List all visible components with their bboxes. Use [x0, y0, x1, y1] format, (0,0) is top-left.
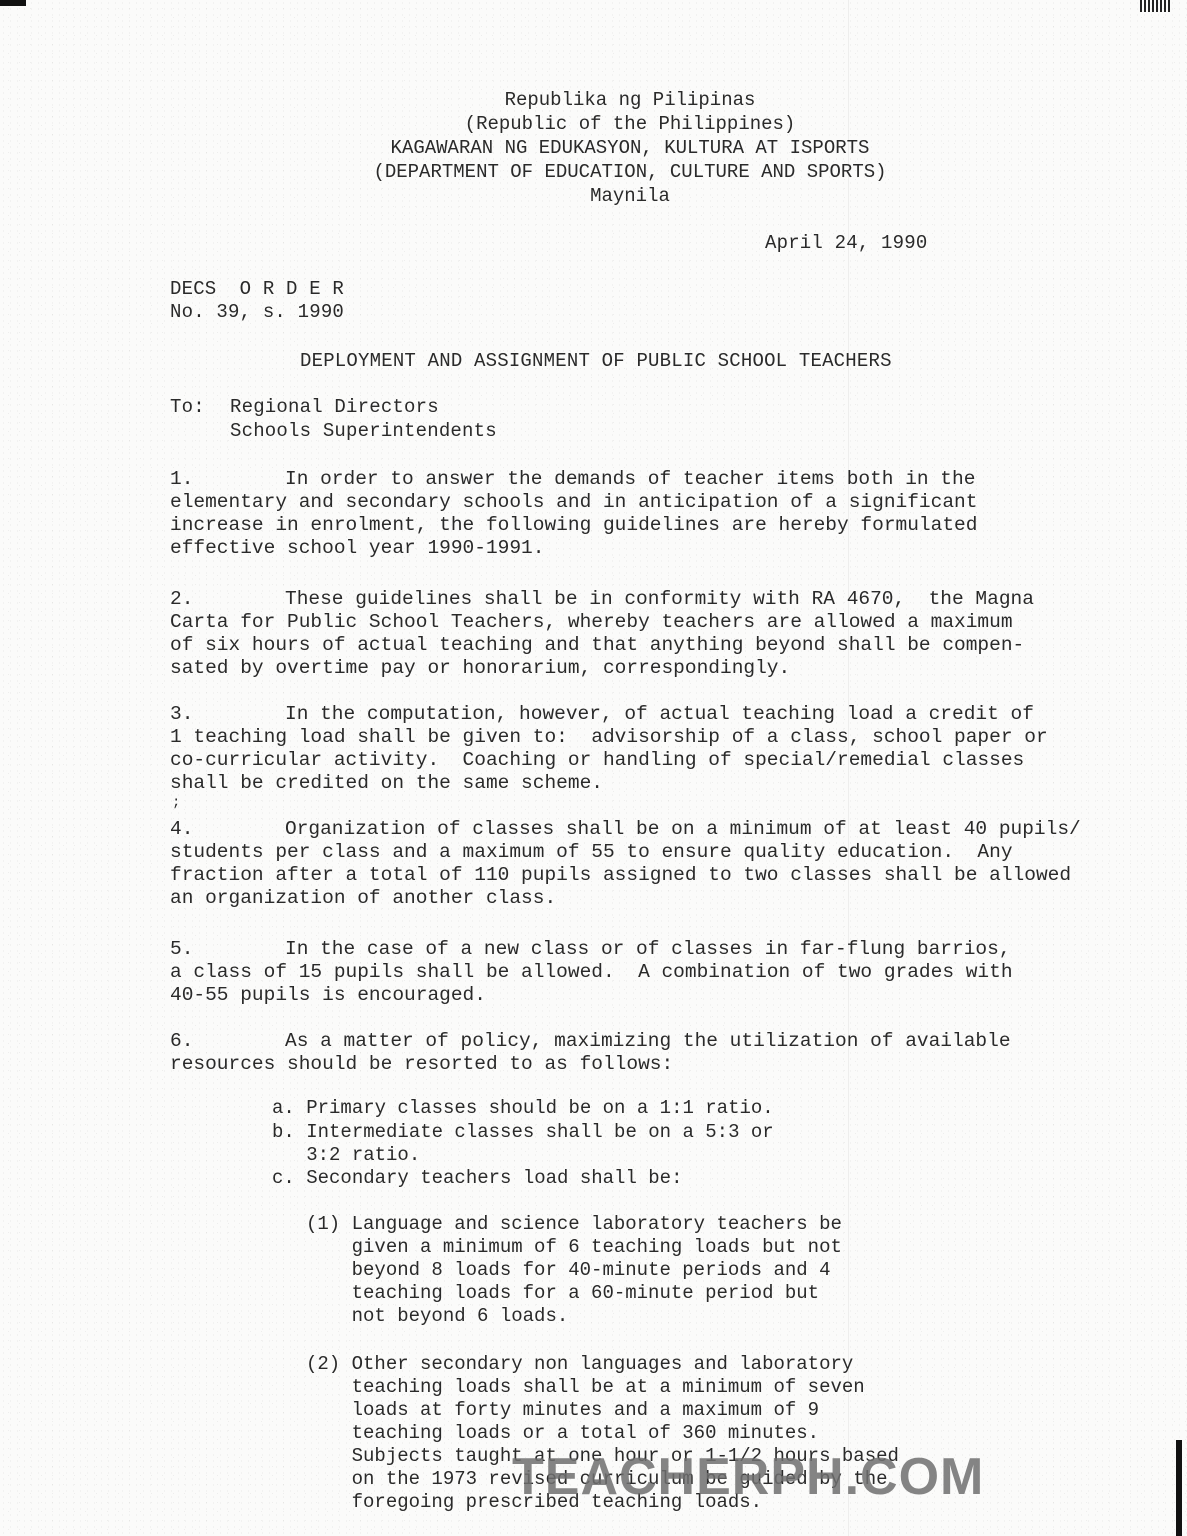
secondary-load-item: (1) Language and science laboratory teac… — [306, 1213, 842, 1328]
ratio-line: c. Secondary teachers load shall be: — [272, 1167, 682, 1190]
paragraph-text: In the computation, however, of actual t… — [285, 703, 1034, 725]
paragraph-1: 1.In order to answer the demands of teac… — [170, 468, 977, 560]
paragraph-number: 1. — [170, 468, 285, 491]
paragraph-text: These guidelines shall be in conformity … — [285, 588, 1034, 610]
paragraph-line: an organization of another class. — [170, 887, 1081, 910]
ratio-item: c. Secondary teachers load shall be: — [272, 1167, 682, 1190]
paragraph-number: 4. — [170, 818, 285, 841]
paragraph-line: sated by overtime pay or honorarium, cor… — [170, 657, 1034, 680]
paragraph-6: 6.As a matter of policy, maximizing the … — [170, 1030, 1011, 1076]
paragraph-line: of six hours of actual teaching and that… — [170, 634, 1034, 657]
paragraph-line: 2.These guidelines shall be in conformit… — [170, 588, 1034, 611]
paragraph-line: elementary and secondary schools and in … — [170, 491, 977, 514]
paragraph-line: students per class and a maximum of 55 t… — [170, 841, 1081, 864]
secondary-load-line: teaching loads for a 60-minute period bu… — [306, 1282, 842, 1305]
watermark: TEACHERPH.COM — [512, 1447, 984, 1507]
paragraph-text: In order to answer the demands of teache… — [285, 468, 975, 490]
paragraph-line: Carta for Public School Teachers, whereb… — [170, 611, 1034, 634]
paragraph-line: 1 teaching load shall be given to: advis… — [170, 726, 1048, 749]
letterhead-line-2: (Republic of the Philippines) — [330, 112, 930, 136]
secondary-load-line: (1) Language and science laboratory teac… — [306, 1213, 842, 1236]
secondary-load-line: given a minimum of 6 teaching loads but … — [306, 1236, 842, 1259]
scan-edge-mark — [1176, 1440, 1182, 1536]
stray-mark: ; — [172, 792, 181, 815]
paragraph-line: effective school year 1990-1991. — [170, 537, 977, 560]
secondary-load-line: teaching loads shall be at a minimum of … — [306, 1376, 899, 1399]
ratio-item: b. Intermediate classes shall be on a 5:… — [272, 1121, 774, 1167]
paragraph-number: 3. — [170, 703, 285, 726]
paragraph-line: 40-55 pupils is encouraged. — [170, 984, 1013, 1007]
document-date: April 24, 1990 — [765, 232, 927, 255]
secondary-load-line: loads at forty minutes and a maximum of … — [306, 1399, 899, 1422]
paragraph-line: 5.In the case of a new class or of class… — [170, 938, 1013, 961]
paragraph-line: resources should be resorted to as follo… — [170, 1053, 1011, 1076]
order-number: No. 39, s. 1990 — [170, 301, 344, 324]
paragraph-line: 6.As a matter of policy, maximizing the … — [170, 1030, 1011, 1053]
letterhead: Republika ng Pilipinas (Republic of the … — [330, 88, 930, 208]
paragraph-line: shall be credited on the same scheme. — [170, 772, 1048, 795]
secondary-load-line: teaching loads or a total of 360 minutes… — [306, 1422, 899, 1445]
secondary-load-line: not beyond 6 loads. — [306, 1305, 842, 1328]
paragraph-line: co-curricular activity. Coaching or hand… — [170, 749, 1048, 772]
letterhead-line-5: Maynila — [330, 184, 930, 208]
addressee-1: Regional Directors — [230, 396, 439, 419]
paragraph-line: increase in enrolment, the following gui… — [170, 514, 977, 537]
paragraph-number: 5. — [170, 938, 285, 961]
paragraph-text: As a matter of policy, maximizing the ut… — [285, 1030, 1011, 1052]
secondary-load-line: beyond 8 loads for 40-minute periods and… — [306, 1259, 842, 1282]
paragraph-5: 5.In the case of a new class or of class… — [170, 938, 1013, 1007]
paragraph-4: 4.Organization of classes shall be on a … — [170, 818, 1081, 910]
letterhead-line-1: Republika ng Pilipinas — [330, 88, 930, 112]
ratio-line: 3:2 ratio. — [272, 1144, 774, 1167]
scan-corner-mark — [0, 0, 26, 6]
paragraph-line: a class of 15 pupils shall be allowed. A… — [170, 961, 1013, 984]
letterhead-line-4: (DEPARTMENT OF EDUCATION, CULTURE AND SP… — [330, 160, 930, 184]
to-label: To: — [170, 396, 205, 419]
secondary-load-line: (2) Other secondary non languages and la… — [306, 1353, 899, 1376]
ratio-line: a. Primary classes should be on a 1:1 ra… — [272, 1097, 774, 1120]
paragraph-2: 2.These guidelines shall be in conformit… — [170, 588, 1034, 680]
paragraph-number: 6. — [170, 1030, 285, 1053]
paragraph-number: 2. — [170, 588, 285, 611]
ratio-line: b. Intermediate classes shall be on a 5:… — [272, 1121, 774, 1144]
addressee-2: Schools Superintendents — [230, 420, 497, 443]
scan-barcode-mark — [1140, 0, 1170, 12]
paragraph-line: 4.Organization of classes shall be on a … — [170, 818, 1081, 841]
paragraph-line: fraction after a total of 110 pupils ass… — [170, 864, 1081, 887]
ratio-item: a. Primary classes should be on a 1:1 ra… — [272, 1097, 774, 1120]
paragraph-line: 1.In order to answer the demands of teac… — [170, 468, 977, 491]
document-title: DEPLOYMENT AND ASSIGNMENT OF PUBLIC SCHO… — [300, 350, 892, 373]
paragraph-line: 3.In the computation, however, of actual… — [170, 703, 1048, 726]
paragraph-3: 3.In the computation, however, of actual… — [170, 703, 1048, 795]
paragraph-text: In the case of a new class or of classes… — [285, 938, 1011, 960]
letterhead-line-3: KAGAWARAN NG EDUKASYON, KULTURA AT ISPOR… — [330, 136, 930, 160]
order-label: DECS O R D E R — [170, 278, 344, 301]
paragraph-text: Organization of classes shall be on a mi… — [285, 818, 1081, 840]
